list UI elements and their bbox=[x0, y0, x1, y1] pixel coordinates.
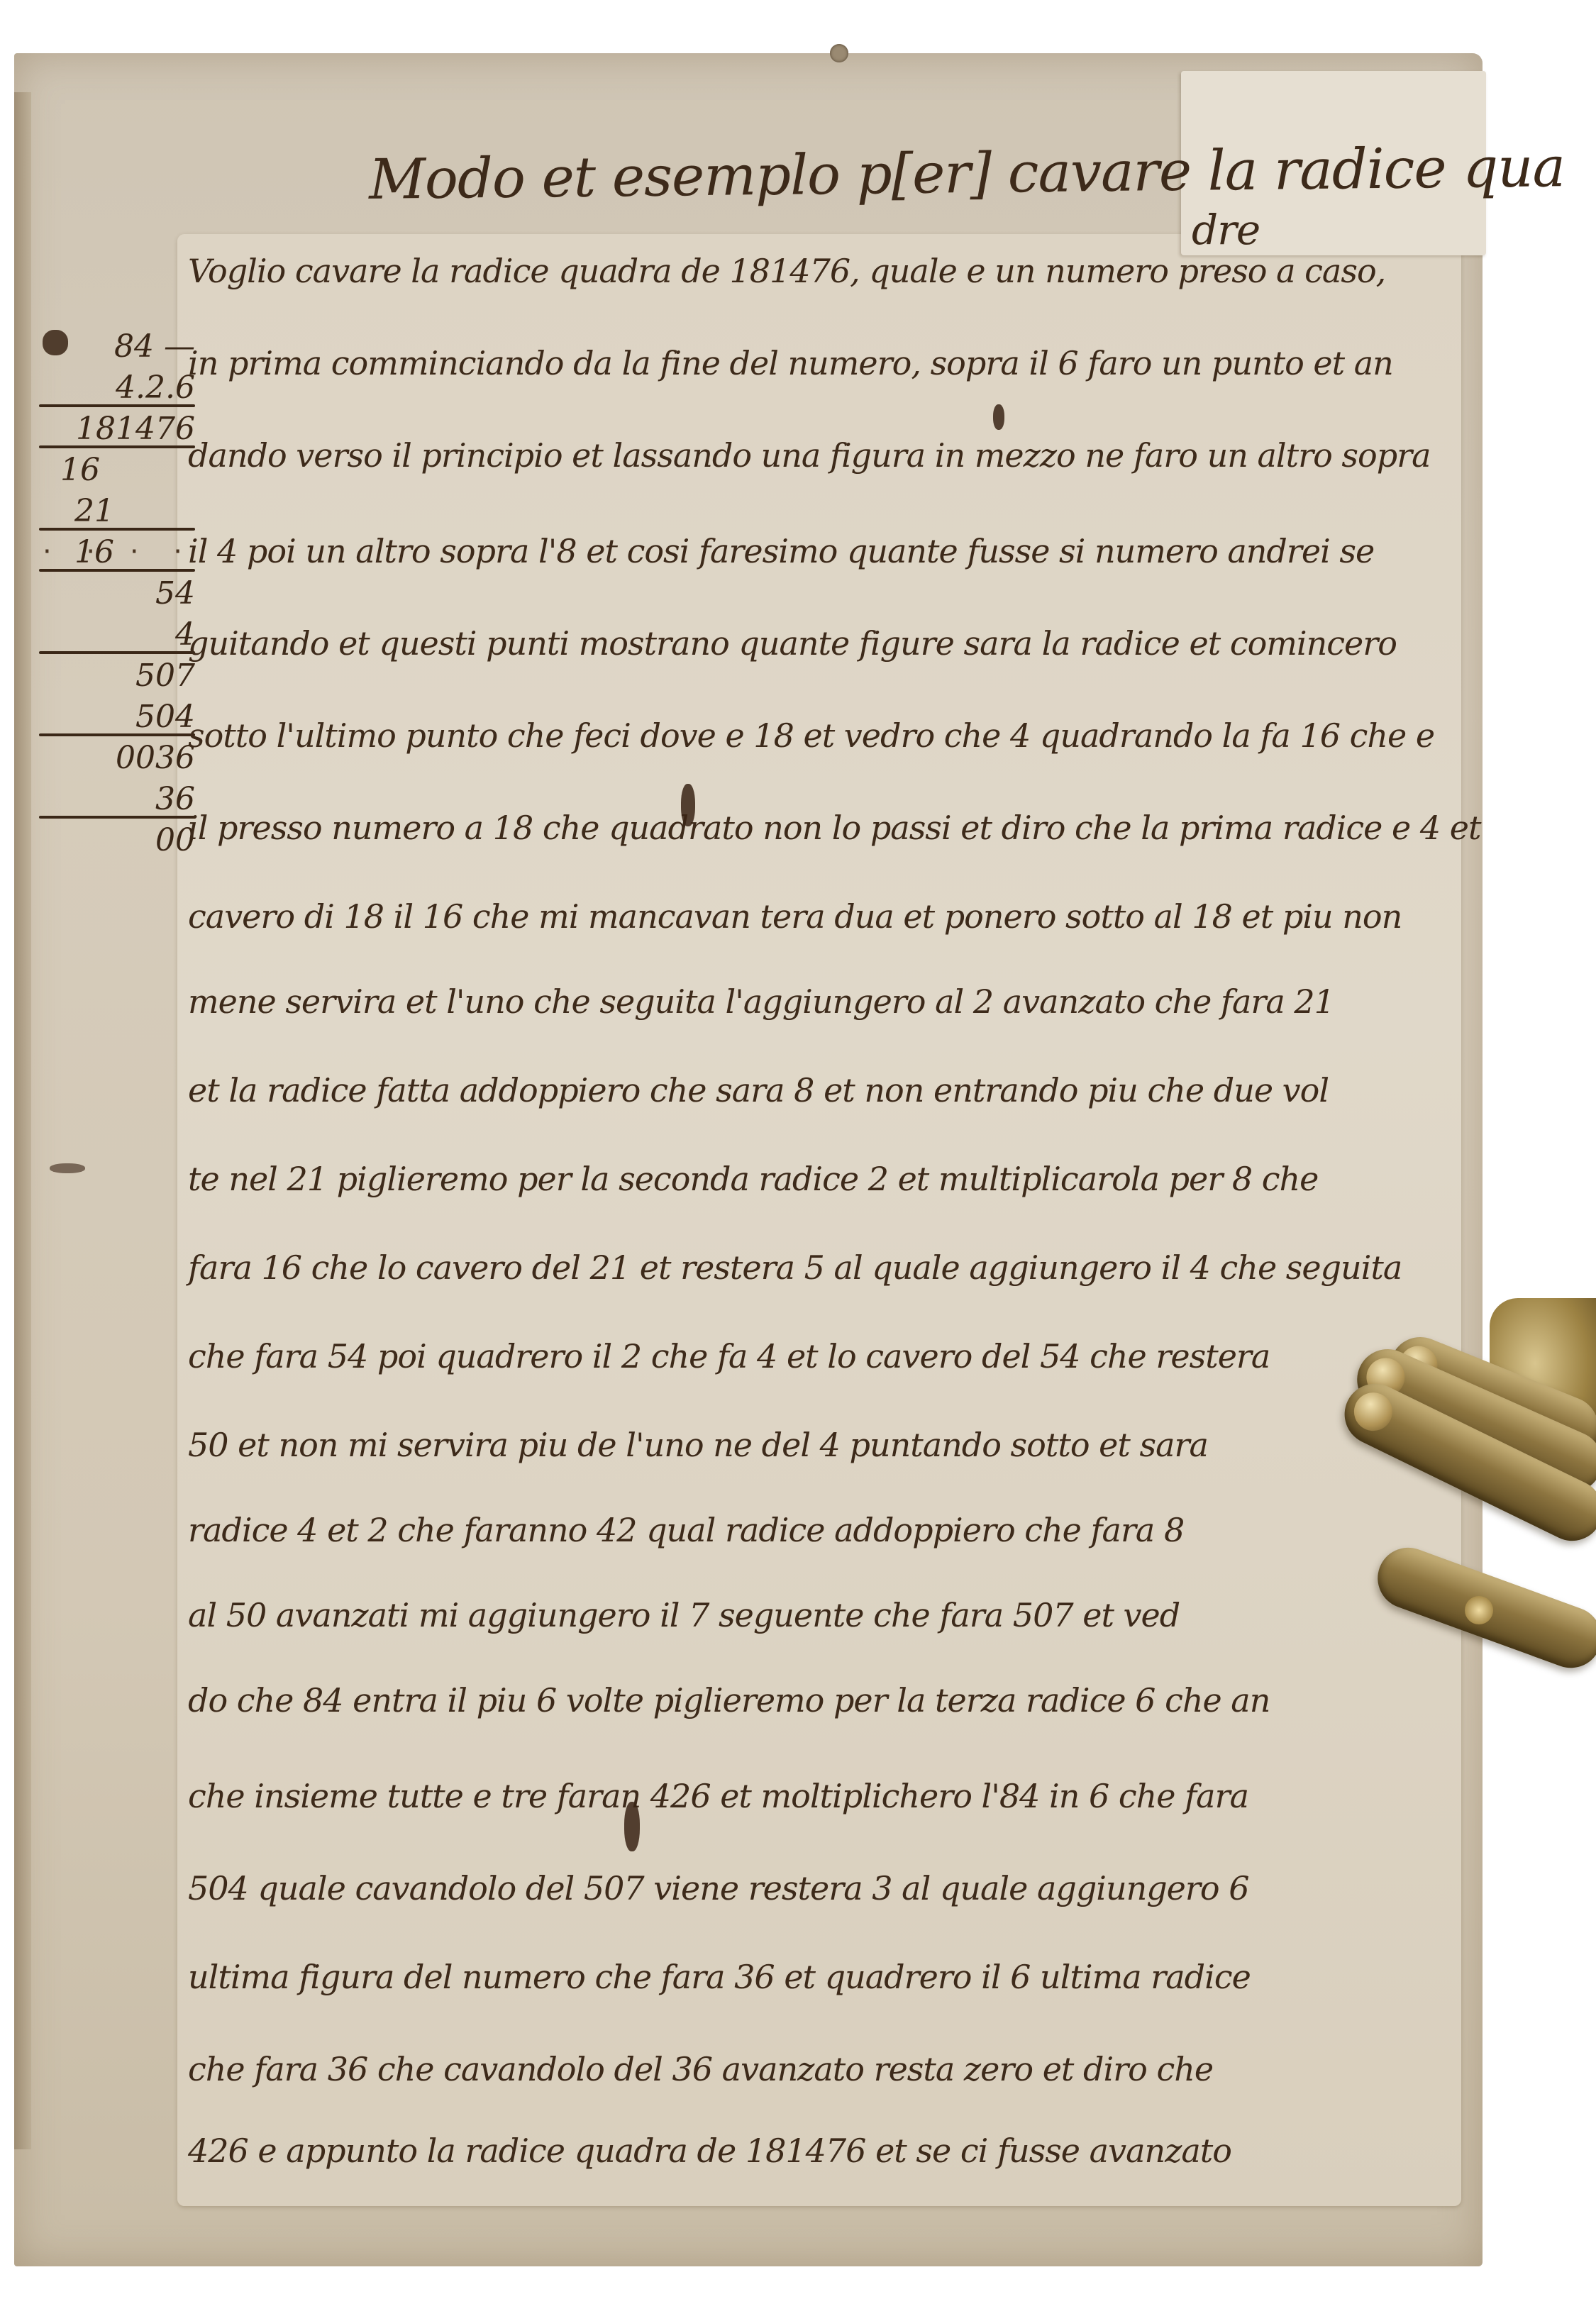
page-title-tail: dre bbox=[1192, 206, 1260, 254]
text-line: che fara 54 poi quadrero il 2 che fa 4 e… bbox=[188, 1337, 1270, 1375]
text-line: il 4 poi un altro sopra l'8 et cosi fare… bbox=[188, 532, 1374, 570]
binding-hole-icon bbox=[830, 44, 848, 62]
text-line: radice 4 et 2 che faranno 42 qual radice… bbox=[188, 1511, 1184, 1549]
calc-step: 21 bbox=[39, 491, 195, 532]
text-line: fara 16 che lo cavero del 21 et restera … bbox=[188, 1248, 1402, 1287]
text-line: mene servira et l'uno che seguita l'aggi… bbox=[188, 982, 1334, 1021]
margin-calculation: 84 — 4.2.6 181476 16 21 16 54 4 507 504 … bbox=[39, 326, 195, 861]
text-line: che fara 36 che cavandolo del 36 avanzat… bbox=[188, 2050, 1213, 2088]
calc-step: 00 bbox=[39, 820, 195, 861]
ink-blot bbox=[681, 784, 695, 826]
text-line: ultima figura del numero che fara 36 et … bbox=[188, 1958, 1251, 1996]
brass-hand-clip bbox=[1298, 1298, 1596, 1795]
digit-dots: · · · · bbox=[43, 536, 195, 568]
text-line: et la radice fatta addoppiero che sara 8… bbox=[188, 1071, 1329, 1109]
calc-step: 507 bbox=[39, 655, 195, 697]
text-line: al 50 avanzati mi aggiungero il 7 seguen… bbox=[188, 1596, 1180, 1634]
page-binding-edge bbox=[14, 92, 31, 2149]
text-line: guitando et questi punti mostrano quante… bbox=[188, 624, 1397, 663]
ink-blot bbox=[624, 1802, 640, 1851]
root-value: 4.2.6 bbox=[39, 367, 195, 409]
calc-step: 16 bbox=[39, 450, 195, 491]
text-line: te nel 21 piglieremo per la seconda radi… bbox=[188, 1160, 1318, 1198]
flower-ornament-icon bbox=[1465, 1596, 1493, 1624]
text-line: 50 et non mi servira piu de l'uno ne del… bbox=[188, 1426, 1208, 1464]
text-line: do che 84 entra il piu 6 volte piglierem… bbox=[188, 1681, 1270, 1719]
text-line: che insieme tutte e tre faran 426 et mol… bbox=[188, 1777, 1248, 1815]
page-title: Modo et esemplo p[er] cavare la radice q… bbox=[369, 135, 1565, 212]
text-line: 504 quale cavandolo del 507 viene rester… bbox=[188, 1869, 1248, 1907]
ink-blot bbox=[993, 404, 1004, 430]
text-line: Voglio cavare la radice quadra de 181476… bbox=[188, 252, 1385, 290]
text-line: cavero di 18 il 16 che mi mancavan tera … bbox=[188, 897, 1402, 936]
calc-step: 504 bbox=[39, 697, 195, 738]
text-line: dando verso il principio et lassando una… bbox=[188, 436, 1431, 475]
text-line: sotto l'ultimo punto che feci dove e 18 … bbox=[188, 716, 1434, 755]
ink-blot bbox=[50, 1163, 85, 1173]
calc-step: 36 bbox=[39, 779, 195, 820]
ink-blot bbox=[43, 330, 68, 355]
text-line: 426 e appunto la radice quadra de 181476… bbox=[188, 2132, 1231, 2170]
calc-step: 54 bbox=[39, 573, 195, 614]
calc-step: 0036 bbox=[39, 738, 195, 779]
text-line: il presso numero a 18 che quadrato non l… bbox=[188, 809, 1480, 847]
radicand: 181476 bbox=[39, 409, 195, 450]
calc-step: 4 bbox=[39, 614, 195, 655]
inner-leaf bbox=[177, 234, 1461, 2206]
text-line: in prima comminciando da la fine del num… bbox=[188, 344, 1393, 382]
